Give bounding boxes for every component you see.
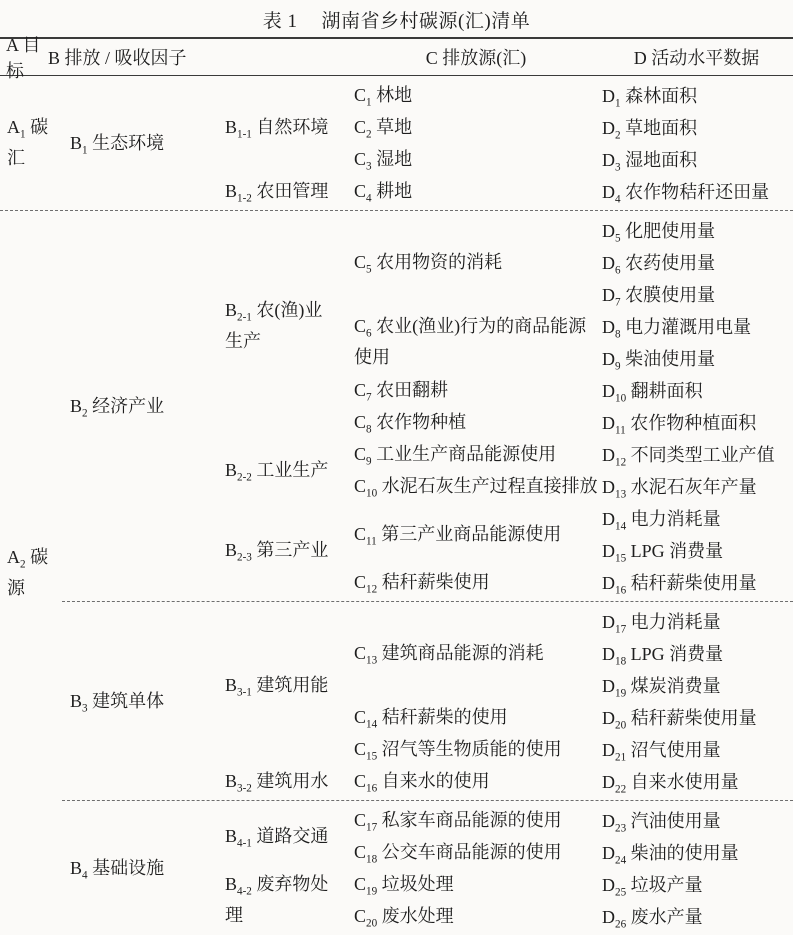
cell-D24-label: D24 柴油的使用量 (602, 839, 739, 865)
cell-D22-label: D22 自来水使用量 (602, 768, 739, 794)
cell-C6: C6 农业(渔业)行为的商品能源使用 (352, 310, 600, 374)
cell-C4: C4 耕地 (352, 175, 600, 207)
entries-B1-1: C1 林地D1 森林面积C2 草地D2 草地面积C3 湿地D3 湿地面积 (352, 79, 793, 175)
cell-C9-label: C9 工业生产商品能源使用 (354, 439, 556, 470)
cell-D13: D13 水泥石灰年产量 (600, 470, 793, 502)
dlist-C16: D22 自来水使用量 (600, 765, 793, 797)
cell-D23: D23 汽油使用量 (600, 804, 793, 836)
cell-B4-label: B4 基础设施 (70, 853, 164, 884)
column-header-c: C 排放源(汇) (352, 44, 600, 70)
cell-B1: B1 生态环境 (62, 79, 222, 207)
dlist-C19: D25 垃圾产量 (600, 868, 793, 900)
entry-C18: C18 公交车商品能源的使用D24 柴油的使用量 (352, 836, 793, 868)
cell-D23-label: D23 汽油使用量 (602, 807, 721, 833)
cell-D17-label: D17 电力消耗量 (602, 608, 721, 634)
entry-C7: C7 农田翻耕D10 翻耕面积 (352, 374, 793, 406)
cell-B1-1: B1-1 自然环境 (222, 79, 352, 175)
cell-B2-2: B2-2 工业生产 (222, 438, 352, 502)
entry-C8: C8 农作物种植D11 农作物种植面积 (352, 406, 793, 438)
cell-B3-label: B3 建筑单体 (70, 686, 164, 717)
cell-B2: B2 经济产业 (62, 214, 222, 598)
table-body: A1 碳汇B1 生态环境B1-1 自然环境C1 林地D1 森林面积C2 草地D2… (0, 76, 793, 935)
subs-B3: B3-1 建筑用能C13 建筑商品能源的消耗D17 电力消耗量D18 LPG 消… (222, 605, 793, 797)
cell-C19: C19 垃圾处理 (352, 868, 600, 900)
dlist-C11: D14 电力消耗量D15 LPG 消费量 (600, 502, 793, 566)
cell-B3-1: B3-1 建筑用能 (222, 605, 352, 765)
cell-C20-label: C20 废水处理 (354, 901, 454, 932)
cell-C12: C12 秸秆薪柴使用 (352, 566, 600, 598)
cell-D18: D18 LPG 消费量 (600, 637, 793, 669)
cell-D1: D1 森林面积 (600, 79, 793, 111)
table-caption-number: 表 1 (263, 11, 298, 32)
cell-B2-3: B2-3 第三产业 (222, 502, 352, 598)
entry-C11: C11 第三产业商品能源使用D14 电力消耗量D15 LPG 消费量 (352, 502, 793, 566)
cell-C3-label: C3 湿地 (354, 144, 412, 175)
cell-D9-label: D9 柴油使用量 (602, 345, 715, 371)
cell-C6-label: C6 农业(渔业)行为的商品能源使用 (354, 311, 600, 373)
dlist-C2: D2 草地面积 (600, 111, 793, 143)
entry-C6: C6 农业(渔业)行为的商品能源使用D8 电力灌溉用电量D9 柴油使用量 (352, 310, 793, 374)
cell-D12-label: D12 不同类型工业产值 (602, 441, 775, 467)
cell-D19: D19 煤炭消费量 (600, 669, 793, 701)
cell-C16-label: C16 自来水的使用 (354, 766, 490, 797)
cell-B4-2: B4-2 废弃物处理 (222, 868, 352, 932)
dlist-C7: D10 翻耕面积 (600, 374, 793, 406)
cell-C14: C14 秸秆薪柴的使用 (352, 701, 600, 733)
cell-D25-label: D25 垃圾产量 (602, 871, 703, 897)
cell-B3-1-label: B3-1 建筑用能 (225, 670, 328, 701)
entries-B2-3: C11 第三产业商品能源使用D14 电力消耗量D15 LPG 消费量C12 秸秆… (352, 502, 793, 598)
subgroup-B3-2: B3-2 建筑用水C16 自来水的使用D22 自来水使用量 (222, 765, 793, 797)
cell-D6: D6 农药使用量 (600, 246, 793, 278)
cell-D10: D10 翻耕面积 (600, 374, 793, 406)
cell-C15: C15 沼气等生物质能的使用 (352, 733, 600, 765)
cell-D17: D17 电力消耗量 (600, 605, 793, 637)
cell-B1-label: B1 生态环境 (70, 128, 164, 159)
cell-C13: C13 建筑商品能源的消耗 (352, 605, 600, 701)
cell-A1-label: A1 碳汇 (7, 112, 62, 174)
entries-B4-1: C17 私家车商品能源的使用D23 汽油使用量C18 公交车商品能源的使用D24… (352, 804, 793, 868)
group-B3: B3 建筑单体B3-1 建筑用能C13 建筑商品能源的消耗D17 电力消耗量D1… (62, 602, 793, 801)
cell-A2-label: A2 碳源 (7, 542, 62, 604)
cell-D26: D26 废水产量 (600, 900, 793, 932)
cell-D15-label: D15 LPG 消费量 (602, 537, 723, 563)
table-caption: 表 1湖南省乡村碳源(汇)清单 (0, 0, 793, 39)
entry-C15: C15 沼气等生物质能的使用D21 沼气使用量 (352, 733, 793, 765)
column-header-b: B 排放 / 吸收因子 (48, 44, 352, 70)
cell-C18-label: C18 公交车商品能源的使用 (354, 837, 562, 868)
subgroup-B2-3: B2-3 第三产业C11 第三产业商品能源使用D14 电力消耗量D15 LPG … (222, 502, 793, 598)
entries-B2-2: C9 工业生产商品能源使用D12 不同类型工业产值C10 水泥石灰生产过程直接排… (352, 438, 793, 502)
cell-B2-3-label: B2-3 第三产业 (225, 535, 328, 566)
cell-B1-2: B1-2 农田管理 (222, 175, 352, 207)
entry-C17: C17 私家车商品能源的使用D23 汽油使用量 (352, 804, 793, 836)
entry-C3: C3 湿地D3 湿地面积 (352, 143, 793, 175)
dlist-C20: D26 废水产量 (600, 900, 793, 932)
dlist-C12: D16 秸秆薪柴使用量 (600, 566, 793, 598)
subgroup-B4-1: B4-1 道路交通C17 私家车商品能源的使用D23 汽油使用量C18 公交车商… (222, 804, 793, 868)
dlist-C15: D21 沼气使用量 (600, 733, 793, 765)
cell-D26-label: D26 废水产量 (602, 903, 703, 929)
cell-B4-2-label: B4-2 废弃物处理 (225, 869, 333, 931)
cell-D21: D21 沼气使用量 (600, 733, 793, 765)
cell-C20: C20 废水处理 (352, 900, 600, 932)
entry-C19: C19 垃圾处理D25 垃圾产量 (352, 868, 793, 900)
cell-D2-label: D2 草地面积 (602, 114, 697, 140)
cell-D8-label: D8 电力灌溉用电量 (602, 313, 751, 339)
cell-D10-label: D10 翻耕面积 (602, 377, 703, 403)
entry-C9: C9 工业生产商品能源使用D12 不同类型工业产值 (352, 438, 793, 470)
column-header-d: D 活动水平数据 (600, 44, 793, 70)
cell-D6-label: D6 农药使用量 (602, 249, 715, 275)
cell-C19-label: C19 垃圾处理 (354, 869, 454, 900)
entry-C2: C2 草地D2 草地面积 (352, 111, 793, 143)
dlist-C4: D4 农作物秸秆还田量 (600, 175, 793, 207)
cell-C2-label: C2 草地 (354, 112, 412, 143)
cell-A1: A1 碳汇 (0, 76, 62, 210)
cell-C9: C9 工业生产商品能源使用 (352, 438, 600, 470)
cell-C1: C1 林地 (352, 79, 600, 111)
groups-A1: B1 生态环境B1-1 自然环境C1 林地D1 森林面积C2 草地D2 草地面积… (62, 76, 793, 210)
cell-D14: D14 电力消耗量 (600, 502, 793, 534)
dlist-C5: D5 化肥使用量D6 农药使用量D7 农膜使用量 (600, 214, 793, 310)
entry-C1: C1 林地D1 森林面积 (352, 79, 793, 111)
entry-C12: C12 秸秆薪柴使用D16 秸秆薪柴使用量 (352, 566, 793, 598)
cell-C15-label: C15 沼气等生物质能的使用 (354, 734, 562, 765)
cell-D4-label: D4 农作物秸秆还田量 (602, 178, 769, 204)
table-header-row: A 目标 B 排放 / 吸收因子 C 排放源(汇) D 活动水平数据 (0, 39, 793, 76)
groups-A2: B2 经济产业B2-1 农(渔)业生产C5 农用物资的消耗D5 化肥使用量D6 … (62, 211, 793, 935)
cell-B2-1-label: B2-1 农(渔)业生产 (225, 295, 333, 357)
cell-C12-label: C12 秸秆薪柴使用 (354, 567, 490, 598)
cell-A2: A2 碳源 (0, 211, 62, 935)
subgroup-B2-1: B2-1 农(渔)业生产C5 农用物资的消耗D5 化肥使用量D6 农药使用量D7… (222, 214, 793, 438)
cell-D9: D9 柴油使用量 (600, 342, 793, 374)
entries-B1-2: C4 耕地D4 农作物秸秆还田量 (352, 175, 793, 207)
entry-C13: C13 建筑商品能源的消耗D17 电力消耗量D18 LPG 消费量D19 煤炭消… (352, 605, 793, 701)
cell-D7: D7 农膜使用量 (600, 278, 793, 310)
cell-C18: C18 公交车商品能源的使用 (352, 836, 600, 868)
cell-D5-label: D5 化肥使用量 (602, 217, 715, 243)
cell-C10: C10 水泥石灰生产过程直接排放 (352, 470, 600, 502)
entry-C4: C4 耕地D4 农作物秸秆还田量 (352, 175, 793, 207)
cell-D3-label: D3 湿地面积 (602, 146, 697, 172)
cell-D18-label: D18 LPG 消费量 (602, 640, 723, 666)
dlist-C3: D3 湿地面积 (600, 143, 793, 175)
cell-B2-2-label: B2-2 工业生产 (225, 455, 328, 486)
cell-C1-label: C1 林地 (354, 80, 412, 111)
subgroup-B1-2: B1-2 农田管理C4 耕地D4 农作物秸秆还田量 (222, 175, 793, 207)
cell-D15: D15 LPG 消费量 (600, 534, 793, 566)
cell-C17: C17 私家车商品能源的使用 (352, 804, 600, 836)
dlist-C1: D1 森林面积 (600, 79, 793, 111)
cell-B4: B4 基础设施 (62, 804, 222, 932)
cell-D21-label: D21 沼气使用量 (602, 736, 721, 762)
subs-B4: B4-1 道路交通C17 私家车商品能源的使用D23 汽油使用量C18 公交车商… (222, 804, 793, 932)
cell-D19-label: D19 煤炭消费量 (602, 672, 721, 698)
group-B1: B1 生态环境B1-1 自然环境C1 林地D1 森林面积C2 草地D2 草地面积… (62, 76, 793, 210)
cell-B2-1: B2-1 农(渔)业生产 (222, 214, 352, 438)
subs-B2: B2-1 农(渔)业生产C5 农用物资的消耗D5 化肥使用量D6 农药使用量D7… (222, 214, 793, 598)
cell-B1-2-label: B1-2 农田管理 (225, 176, 328, 207)
cell-C17-label: C17 私家车商品能源的使用 (354, 805, 562, 836)
subgroup-B4-2: B4-2 废弃物处理C19 垃圾处理D25 垃圾产量C20 废水处理D26 废水… (222, 868, 793, 932)
cell-C2: C2 草地 (352, 111, 600, 143)
cell-D25: D25 垃圾产量 (600, 868, 793, 900)
cell-D8: D8 电力灌溉用电量 (600, 310, 793, 342)
cell-B3-2-label: B3-2 建筑用水 (225, 766, 328, 797)
dlist-C9: D12 不同类型工业产值 (600, 438, 793, 470)
entries-B3-1: C13 建筑商品能源的消耗D17 电力消耗量D18 LPG 消费量D19 煤炭消… (352, 605, 793, 765)
entry-C5: C5 农用物资的消耗D5 化肥使用量D6 农药使用量D7 农膜使用量 (352, 214, 793, 310)
cell-B1-1-label: B1-1 自然环境 (225, 112, 328, 143)
cell-C14-label: C14 秸秆薪柴的使用 (354, 702, 508, 733)
dlist-C14: D20 秸秆薪柴使用量 (600, 701, 793, 733)
entry-C14: C14 秸秆薪柴的使用D20 秸秆薪柴使用量 (352, 701, 793, 733)
cell-D20: D20 秸秆薪柴使用量 (600, 701, 793, 733)
cell-C11: C11 第三产业商品能源使用 (352, 502, 600, 566)
subgroup-B3-1: B3-1 建筑用能C13 建筑商品能源的消耗D17 电力消耗量D18 LPG 消… (222, 605, 793, 765)
entries-B4-2: C19 垃圾处理D25 垃圾产量C20 废水处理D26 废水产量 (352, 868, 793, 932)
cell-D22: D22 自来水使用量 (600, 765, 793, 797)
cell-B4-1-label: B4-1 道路交通 (225, 821, 328, 852)
subgroup-B1-1: B1-1 自然环境C1 林地D1 森林面积C2 草地D2 草地面积C3 湿地D3… (222, 79, 793, 175)
cell-C8: C8 农作物种植 (352, 406, 600, 438)
section-A1: A1 碳汇B1 生态环境B1-1 自然环境C1 林地D1 森林面积C2 草地D2… (0, 76, 793, 211)
cell-C5: C5 农用物资的消耗 (352, 214, 600, 310)
cell-D20-label: D20 秸秆薪柴使用量 (602, 704, 757, 730)
dlist-C8: D11 农作物种植面积 (600, 406, 793, 438)
cell-D1-label: D1 森林面积 (602, 82, 697, 108)
table-caption-title: 湖南省乡村碳源(汇)清单 (322, 11, 531, 32)
cell-D11: D11 农作物种植面积 (600, 406, 793, 438)
dlist-C10: D13 水泥石灰年产量 (600, 470, 793, 502)
cell-D16: D16 秸秆薪柴使用量 (600, 566, 793, 598)
cell-D12: D12 不同类型工业产值 (600, 438, 793, 470)
dlist-C13: D17 电力消耗量D18 LPG 消费量D19 煤炭消费量 (600, 605, 793, 701)
cell-D11-label: D11 农作物种植面积 (602, 409, 756, 435)
cell-D4: D4 农作物秸秆还田量 (600, 175, 793, 207)
cell-D5: D5 化肥使用量 (600, 214, 793, 246)
cell-C13-label: C13 建筑商品能源的消耗 (354, 638, 544, 669)
cell-C3: C3 湿地 (352, 143, 600, 175)
section-A2: A2 碳源B2 经济产业B2-1 农(渔)业生产C5 农用物资的消耗D5 化肥使… (0, 211, 793, 935)
entries-B2-1: C5 农用物资的消耗D5 化肥使用量D6 农药使用量D7 农膜使用量C6 农业(… (352, 214, 793, 438)
cell-D16-label: D16 秸秆薪柴使用量 (602, 569, 757, 595)
cell-C8-label: C8 农作物种植 (354, 407, 466, 438)
cell-D7-label: D7 农膜使用量 (602, 281, 715, 307)
cell-B3-2: B3-2 建筑用水 (222, 765, 352, 797)
cell-C11-label: C11 第三产业商品能源使用 (354, 519, 561, 550)
cell-D2: D2 草地面积 (600, 111, 793, 143)
cell-B3: B3 建筑单体 (62, 605, 222, 797)
paper-table-page: 表 1湖南省乡村碳源(汇)清单 A 目标 B 排放 / 吸收因子 C 排放源(汇… (0, 0, 793, 935)
dlist-C17: D23 汽油使用量 (600, 804, 793, 836)
cell-B4-1: B4-1 道路交通 (222, 804, 352, 868)
cell-D3: D3 湿地面积 (600, 143, 793, 175)
subs-B1: B1-1 自然环境C1 林地D1 森林面积C2 草地D2 草地面积C3 湿地D3… (222, 79, 793, 207)
cell-D24: D24 柴油的使用量 (600, 836, 793, 868)
cell-C16: C16 自来水的使用 (352, 765, 600, 797)
cell-C7: C7 农田翻耕 (352, 374, 600, 406)
entry-C16: C16 自来水的使用D22 自来水使用量 (352, 765, 793, 797)
cell-B2-label: B2 经济产业 (70, 391, 164, 422)
cell-C7-label: C7 农田翻耕 (354, 375, 448, 406)
cell-C10-label: C10 水泥石灰生产过程直接排放 (354, 471, 598, 502)
group-B2: B2 经济产业B2-1 农(渔)业生产C5 农用物资的消耗D5 化肥使用量D6 … (62, 211, 793, 602)
cell-C5-label: C5 农用物资的消耗 (354, 247, 502, 278)
cell-C4-label: C4 耕地 (354, 176, 412, 207)
cell-D13-label: D13 水泥石灰年产量 (602, 473, 757, 499)
dlist-C18: D24 柴油的使用量 (600, 836, 793, 868)
dlist-C6: D8 电力灌溉用电量D9 柴油使用量 (600, 310, 793, 374)
cell-D14-label: D14 电力消耗量 (602, 505, 721, 531)
entries-B3-2: C16 自来水的使用D22 自来水使用量 (352, 765, 793, 797)
subgroup-B2-2: B2-2 工业生产C9 工业生产商品能源使用D12 不同类型工业产值C10 水泥… (222, 438, 793, 502)
group-B4: B4 基础设施B4-1 道路交通C17 私家车商品能源的使用D23 汽油使用量C… (62, 801, 793, 935)
entry-C10: C10 水泥石灰生产过程直接排放D13 水泥石灰年产量 (352, 470, 793, 502)
entry-C20: C20 废水处理D26 废水产量 (352, 900, 793, 932)
